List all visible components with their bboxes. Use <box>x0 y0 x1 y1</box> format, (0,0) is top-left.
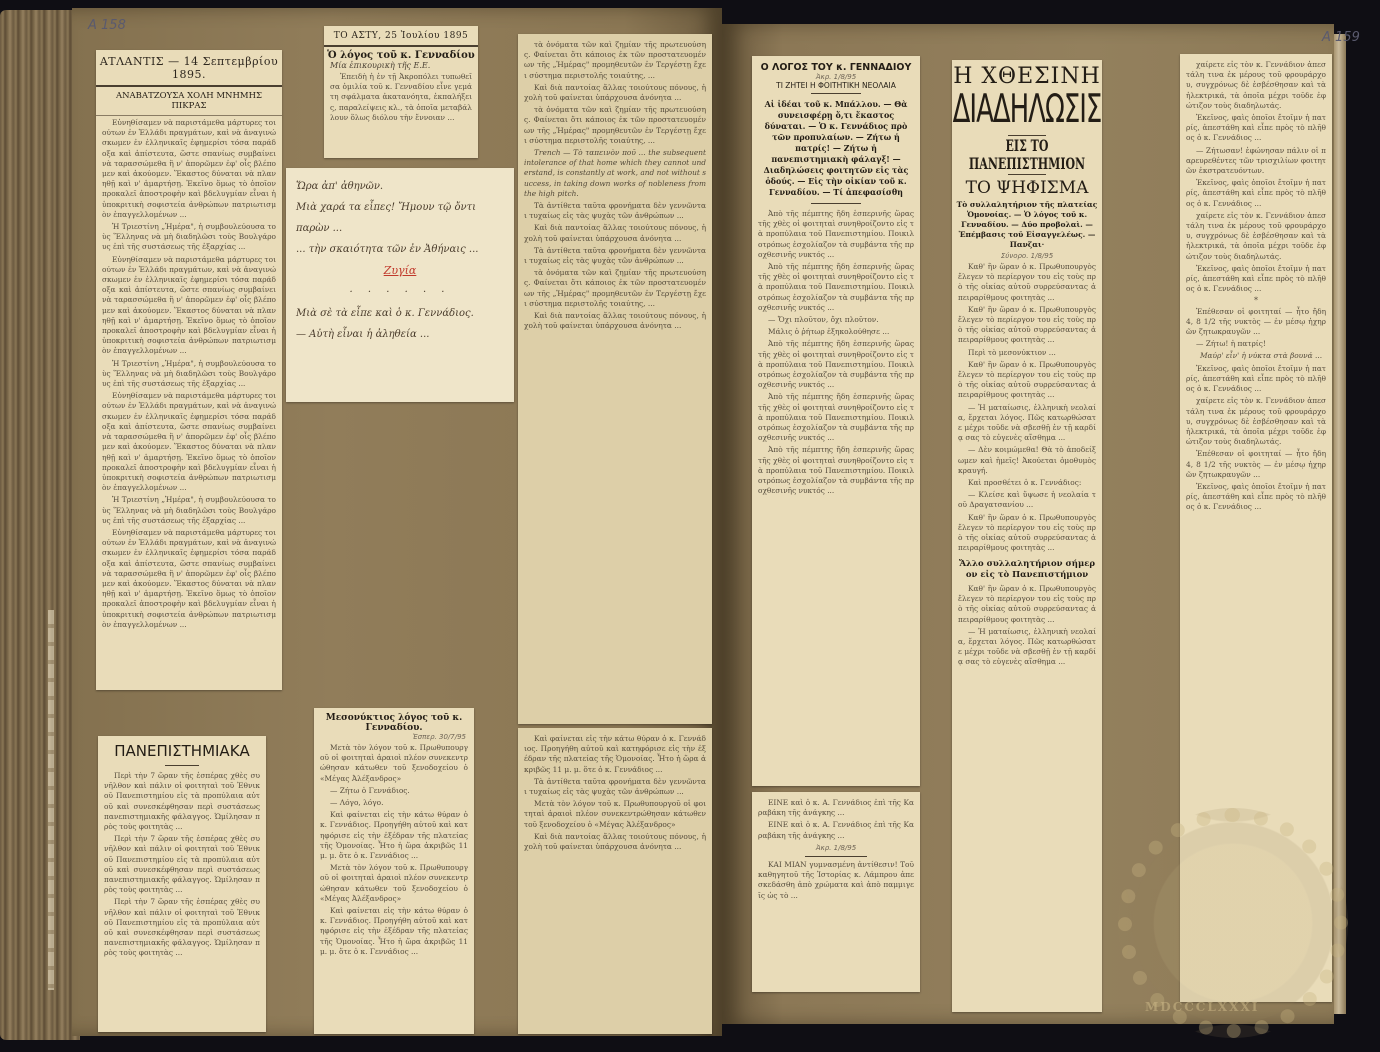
paragraph: — Ἠ ματαίωσις, ἑλληνικὴ νεολαία, ἔρχεται… <box>958 403 1096 444</box>
paragraph: χαίρετε εἰς τὸν κ. Γεννάδιον ἀπεστάλη τι… <box>1186 396 1326 447</box>
paragraph: Καὶ φαίνεται εἰς τὴν κάτω θύραν ὁ κ. Γεν… <box>320 906 468 957</box>
left-page: A 158 ΑΤΛΑΝΤΙΣ — 14 Σεπτεμβρίου 1895. ΑΝ… <box>72 8 722 1036</box>
article-body: τὰ ὀνόματα τῶν καὶ ζημίαν τῆς πρωτευούση… <box>518 34 712 335</box>
paragraph: ΚΑΙ ΜΙΑΝ γυμνασμένη ἀντίθεσιν! Τοῦ καθηγ… <box>758 860 914 901</box>
handwritten-line: Ὥρα ἀπ' ἀθηνῶν. <box>296 176 504 197</box>
paragraph: Ἀπὸ τῆς πέμπτης ἤδη ἑσπερινῆς ὥρας τῆς χ… <box>758 209 914 260</box>
paragraph: Ἐπειδὴ ἡ ἐν τῇ Ἀκροπόλει τυπωθεῖσα ὁμιλί… <box>330 72 472 123</box>
paragraph: — Ἠ ματαίωσις, ἑλληνικὴ νεολαία, ἔρχεται… <box>958 627 1096 668</box>
paragraph: χαίρετε εἰς τὸν κ. Γεννάδιον ἀπεστάλη τι… <box>1186 60 1326 111</box>
paragraph: Ἀπὸ τῆς πέμπτης ἤδη ἑσπερινῆς ὥρας τῆς χ… <box>758 445 914 496</box>
scrapbook-viewer: A 158 ΑΤΛΑΝΤΙΣ — 14 Σεπτεμβρίου 1895. ΑΝ… <box>0 0 1380 1052</box>
paragraph: Ἀπὸ τῆς πέμπτης ἤδη ἑσπερινῆς ὥρας τῆς χ… <box>758 262 914 313</box>
summary: Τὸ συλλαλητήριον τῆς πλατείας Ὁμονοίας. … <box>952 198 1102 252</box>
article-body: Εὐνηθίσαμεν νὰ παριστάμεθα μάρτυρες τοιο… <box>96 116 282 634</box>
clipping-middle-column: τὰ ὀνόματα τῶν καὶ ζημίαν τῆς πρωτευούση… <box>518 34 712 724</box>
headline-line-1: Η ΧΘΕΣΙΝΗ <box>952 60 1102 89</box>
handwritten-line: — Αὐτὴ εἶναι ἡ ἀληθεία ... <box>296 324 504 345</box>
paragraph: Ἀπὸ τῆς πέμπτης ἤδη ἑσπερινῆς ὥρας τῆς χ… <box>758 339 914 390</box>
date-note: Σύνορο. 1/8/95 <box>952 252 1102 260</box>
paragraph: Ἐκεῖνος, φαὶς ὁποῖοι ἔτοῖμν ἡ πατρίς, ἀπ… <box>1186 178 1326 209</box>
clipping-logos-gennadiou: Ο ΛΟΓΟΣ ΤΟΥ κ. ΓΕΝΝΑΔΙΟΥ Ἀκρ. 1/8/95 ΤΙ … <box>752 56 920 786</box>
paragraph: Τὰ ἀντίθετα ταῦτα φρονήματα δὲν γεννῶντα… <box>524 201 706 221</box>
paragraph: Ἐκεῖνος, φαὶς ὁποῖοι ἔτοῖμν ἡ πατρίς, ἀπ… <box>1186 264 1326 295</box>
clipping-mesonyktios-logos: Μεσονύκτιος λόγος τοῦ κ. Γενναδίου. Ἑσπε… <box>314 708 474 1034</box>
paragraph: ΕΙΝΕ καὶ ὁ κ. Α. Γεννάδιος ἐπὶ τῆς Καραβ… <box>758 820 914 840</box>
headline-line-2: ΔΙΑΔΗΛΩΣΙΣ <box>952 88 1102 133</box>
paragraph: — Λόγο, λόγο. <box>320 798 468 808</box>
paragraph: Ἡ Τριεστίνη „Ἡμέρα", ἡ συμβουλεύουσα τοὺ… <box>102 222 276 253</box>
seal-roman-numeral: MDCCCLXXXI <box>1145 1000 1259 1014</box>
paragraph: Καὶ διὰ παντοίας ἄλλας τοιούτους πόνους,… <box>524 223 706 243</box>
paragraph: Μάλις ὁ ῥήτωρ ἐξηκολούθησε ... <box>758 327 914 337</box>
paragraph: Περὶ τὴν 7 ὥραν τῆς ἑσπέρας χθὲς συνῆλθο… <box>104 834 260 895</box>
paragraph: Εὐνηθίσαμεν νὰ παριστάμεθα μάρτυρες τοιο… <box>102 528 276 630</box>
article-body: Ἀπὸ τῆς πέμπτης ἤδη ἑσπερινῆς ὥρας τῆς χ… <box>752 207 920 500</box>
paragraph: Καὶ διὰ παντοίας ἄλλας τοιούτους πόνους,… <box>524 311 706 331</box>
clipping-atlantis: ΑΤΛΑΝΤΙΣ — 14 Σεπτεμβρίου 1895. ΑΝΑΒΑΤΖΟ… <box>96 50 282 690</box>
red-annotation: Ζυγία <box>384 264 417 277</box>
clipping-far-right-column: χαίρετε εἰς τὸν κ. Γεννάδιον ἀπεστάλη τι… <box>1180 54 1332 1002</box>
paragraph: Καθ' ἣν ὥραν ὁ κ. Πρωθυπουργὸς ἔλεγεν τὸ… <box>958 305 1096 346</box>
paragraph-english-quote: Trench — Τὸ ταπεινὸν ποῦ ... the subsequ… <box>524 148 706 199</box>
paragraph: Καθ' ἣν ὥραν ὁ κ. Πρωθυπουργὸς ἔλεγεν τὸ… <box>958 584 1096 625</box>
paragraph: Ἡ Τριεστίνη „Ἡμέρα", ἡ συμβουλεύουσα τοὺ… <box>102 495 276 526</box>
verse: Μαύρ' εἶν' ἡ νύκτα στὰ βουνά ... <box>1186 351 1326 361</box>
masthead: ΑΤΛΑΝΤΙΣ — 14 Σεπτεμβρίου 1895. <box>96 50 282 87</box>
paragraph: χαίρετε εἰς τὸν κ. Γεννάδιον ἀπεστάλη τι… <box>1186 211 1326 262</box>
paragraph: Καὶ διὰ παντοίας ἄλλας τοιούτους πόνους,… <box>524 83 706 103</box>
headline: Ὁ λόγος τοῦ κ. Γενναδίου <box>324 47 478 61</box>
clipping-panepistimiaka: ΠΑΝΕΠΙΣΤΗΜΙΑΚΑ Περὶ τὴν 7 ὥραν τῆς ἑσπέρ… <box>98 736 266 1032</box>
headline: ΠΑΝΕΠΙΣΤΗΜΙΑΚΑ <box>98 736 266 762</box>
paragraph: Καθ' ἣν ὥραν ὁ κ. Πρωθυπουργὸς ἔλεγεν τὸ… <box>958 262 1096 303</box>
right-page: Ο ΛΟΓΟΣ ΤΟΥ κ. ΓΕΝΝΑΔΙΟΥ Ἀκρ. 1/8/95 ΤΙ … <box>722 24 1334 1024</box>
paragraph: Καὶ προσθέτει ὁ κ. Γεννάδιος: <box>958 478 1096 488</box>
summary: Αἱ ἰδέαι τοῦ κ. Μπάλλου. — Θὰ συνεισφέρῃ… <box>752 97 920 200</box>
masthead: ΤΟ ΑΣΤΥ, 25 Ἰουλίου 1895 <box>324 26 478 47</box>
paragraph: Ἐκεῖνος, φαὶς ὁποῖοι ἔτοῖμν ἡ πατρίς, ἀπ… <box>1186 364 1326 395</box>
paragraph: — Ζήτωσαν! ἐφώνησαν πάλιν οἱ παρευρεθέντ… <box>1186 146 1326 177</box>
clipping-asty: ΤΟ ΑΣΤΥ, 25 Ἰουλίου 1895 Ὁ λόγος τοῦ κ. … <box>324 26 478 158</box>
paragraph: Μετὰ τὸν λόγον τοῦ κ. Πρωθυπουργοῦ οἱ φο… <box>524 799 706 830</box>
clipping-kai-mian: ΕΙΝΕ καὶ ὁ κ. Α. Γεννάδιος ἐπὶ τῆς Καραβ… <box>752 792 920 992</box>
paragraph: τὰ ὀνόματα τῶν καὶ ζημίαν τῆς πρωτευούση… <box>524 40 706 81</box>
paragraph: Εὐνηθίσαμεν νὰ παριστάμεθα μάρτυρες τοιο… <box>102 391 276 493</box>
page-number-right: A 159 <box>1322 30 1360 45</box>
subheadline: ΤΙ ΖΗΤΕΙ Η ΦΟΙΤΗΤΙΚΗ ΝΕΟΛΑΙΑ <box>752 81 920 90</box>
handwritten-line: ... τὴν σκαιότητα τῶν ἐν Ἀθήναις ... <box>296 239 504 260</box>
article-body: ΕΙΝΕ καὶ ὁ κ. Α. Γεννάδιος ἐπὶ τῆς Καραβ… <box>752 792 920 905</box>
paragraph: Περὶ τὴν 7 ὥραν τῆς ἑσπέρας χθὲς συνῆλθο… <box>104 897 260 958</box>
paragraph: Καὶ φαίνεται εἰς τὴν κάτω θύραν ὁ κ. Γεν… <box>320 810 468 861</box>
paragraph: Εὐνηθίσαμεν νὰ παριστάμεθα μάρτυρες τοιο… <box>102 118 276 220</box>
page-right-edge <box>1334 34 1346 1014</box>
article-body: Καὶ φαίνεται εἰς τὴν κάτω θύραν ὁ κ. Γεν… <box>518 728 712 856</box>
paragraph: Καὶ φαίνεται εἰς τὴν κάτω θύραν ὁ κ. Γεν… <box>524 734 706 775</box>
paragraph: — Δὲν κοιμώμεθα! Θὰ τὸ ἀποδείξωμεν καὶ ἡ… <box>958 445 1096 476</box>
article-body: Περὶ τὴν 7 ὥραν τῆς ἑσπέρας χθὲς συνῆλθο… <box>98 769 266 963</box>
paragraph: — Ζήτω ὁ Γεννάδιος. <box>320 786 468 796</box>
paragraph: Καθ' ἣν ὥραν ὁ κ. Πρωθυπουργὸς ἔλεγεν τὸ… <box>958 360 1096 401</box>
page-stack-edges <box>0 10 80 1040</box>
headline: Μεσονύκτιος λόγος τοῦ κ. Γενναδίου. <box>314 708 474 733</box>
paragraph: Καὶ διὰ παντοίας ἄλλας τοιούτους πόνους,… <box>524 832 706 852</box>
paragraph: Ἐπέθεσαν οἱ φοιτηταί — ἦτο ἤδη 4, 8 1/2 … <box>1186 449 1326 480</box>
paragraph: τὰ ὀνόματα τῶν καὶ ζημίαν τῆς πρωτευούση… <box>524 268 706 309</box>
paragraph: ΕΙΝΕ καὶ ὁ κ. Α. Γεννάδιος ἐπὶ τῆς Καραβ… <box>758 798 914 818</box>
paragraph: — Κλείσε καὶ ὕψωσε ἡ νεολαία τοῦ Δραγατσ… <box>958 490 1096 510</box>
handwritten-text: Ὥρα ἀπ' ἀθηνῶν. Μιὰ χαρά τα εἶπες! Ἤμουν… <box>286 168 514 353</box>
paragraph: Ἐπέθεσαν οἱ φοιτηταί — ἦτο ἤδη 4, 8 1/2 … <box>1186 307 1326 338</box>
page-number-left: A 158 <box>88 18 126 33</box>
subhead: Μία ἐπικουρικὴ τῆς Ε.Ε. <box>324 61 478 70</box>
handwritten-line: Μιὰ χαρά τα εἶπες! Ἤμουν τῷ ὄντι παρὼν .… <box>296 197 504 239</box>
headline: ΑΝΑΒΑΤΖΟΥΣΑ ΧΟΛΗ ΜΝΗΜΗΣ ΠΙΚΡΑΣ <box>96 87 282 116</box>
article-body: Καθ' ἣν ὥραν ὁ κ. Πρωθυπουργὸς ἔλεγεν τὸ… <box>952 260 1102 672</box>
article-body: Ἐπειδὴ ἡ ἐν τῇ Ἀκροπόλει τυπωθεῖσα ὁμιλί… <box>324 70 478 127</box>
paragraph: Ἡ Τριεστίνη „Ἡμέρα", ἡ συμβουλεύουσα τοὺ… <box>102 359 276 390</box>
headline-line-4: ΤΟ ΨΗΦΙΣΜΑ <box>952 178 1102 198</box>
headline-line-3: ΕΙΣ ΤΟ ΠΑΝΕΠΙΣΤΗΜΙΟΝ <box>952 137 1102 173</box>
paragraph: — Ὄχι πλοῦτον, ὄχι πλοῦτον. <box>758 315 914 325</box>
clipping-middle-continuation: Καὶ φαίνεται εἰς τὴν κάτω θύραν ὁ κ. Γεν… <box>518 728 712 1034</box>
article-body: Μετὰ τὸν λόγον τοῦ κ. Πρωθυπουργοῦ οἱ φο… <box>314 741 474 961</box>
paragraph: Μετὰ τὸν λόγον τοῦ κ. Πρωθυπουργοῦ οἱ φο… <box>320 863 468 904</box>
paragraph: Τὰ ἀντίθετα ταῦτα φρονήματα δὲν γεννῶντα… <box>524 246 706 266</box>
date-note: Ἀκρ. 1/8/95 <box>758 843 914 853</box>
paragraph: Εὐνηθίσαμεν νὰ παριστάμεθα μάρτυρες τοιο… <box>102 255 276 357</box>
paragraph: — Ζήτω! ἡ πατρίς! <box>1186 339 1326 349</box>
paragraph: Περὶ τὸ μεσονύκτιον ... <box>958 348 1096 358</box>
headline: Ο ΛΟΓΟΣ ΤΟΥ κ. ΓΕΝΝΑΔΙΟΥ <box>752 56 920 73</box>
clipping-xthesini-diadilosis: Η ΧΘΕΣΙΝΗ ΔΙΑΔΗΛΩΣΙΣ ΕΙΣ ΤΟ ΠΑΝΕΠΙΣΤΗΜΙΟ… <box>952 60 1102 1012</box>
paragraph: Ἐκεῖνος, φαὶς ὁποῖοι ἔτοῖμν ἡ πατρίς, ἀπ… <box>1186 482 1326 513</box>
article-body: χαίρετε εἰς τὸν κ. Γεννάδιον ἀπεστάλη τι… <box>1180 54 1332 517</box>
date-note: Ἑσπερ. 30/7/95 <box>314 733 474 741</box>
paragraph: Ἀπὸ τῆς πέμπτης ἤδη ἑσπερινῆς ὥρας τῆς χ… <box>758 392 914 443</box>
paragraph: τὰ ὀνόματα τῶν καὶ ζημίαν τῆς πρωτευούση… <box>524 105 706 146</box>
handwritten-line: Μιὰ σὲ τὰ εἶπε καὶ ὁ κ. Γεννάδιος. <box>296 303 504 324</box>
handwritten-note: Ὥρα ἀπ' ἀθηνῶν. Μιὰ χαρά τα εἶπες! Ἤμουν… <box>286 168 514 402</box>
paragraph: Περὶ τὴν 7 ὥραν τῆς ἑσπέρας χθὲς συνῆλθο… <box>104 771 260 832</box>
paragraph: Ἐκεῖνος, φαὶς ὁποῖοι ἔτοῖμν ἡ πατρίς, ἀπ… <box>1186 113 1326 144</box>
section-heading: Ἄλλο συλλαλητήριον σήμερον εἰς τὸ Πανεπι… <box>958 555 1096 583</box>
paragraph: Μετὰ τὸν λόγον τοῦ κ. Πρωθυπουργοῦ οἱ φο… <box>320 743 468 784</box>
paragraph: Τὰ ἀντίθετα ταῦτα φρονήματα δὲν γεννῶντα… <box>524 777 706 797</box>
date-note: Ἀκρ. 1/8/95 <box>752 73 920 81</box>
paragraph: Καθ' ἣν ὥραν ὁ κ. Πρωθυπουργὸς ἔλεγεν τὸ… <box>958 513 1096 554</box>
